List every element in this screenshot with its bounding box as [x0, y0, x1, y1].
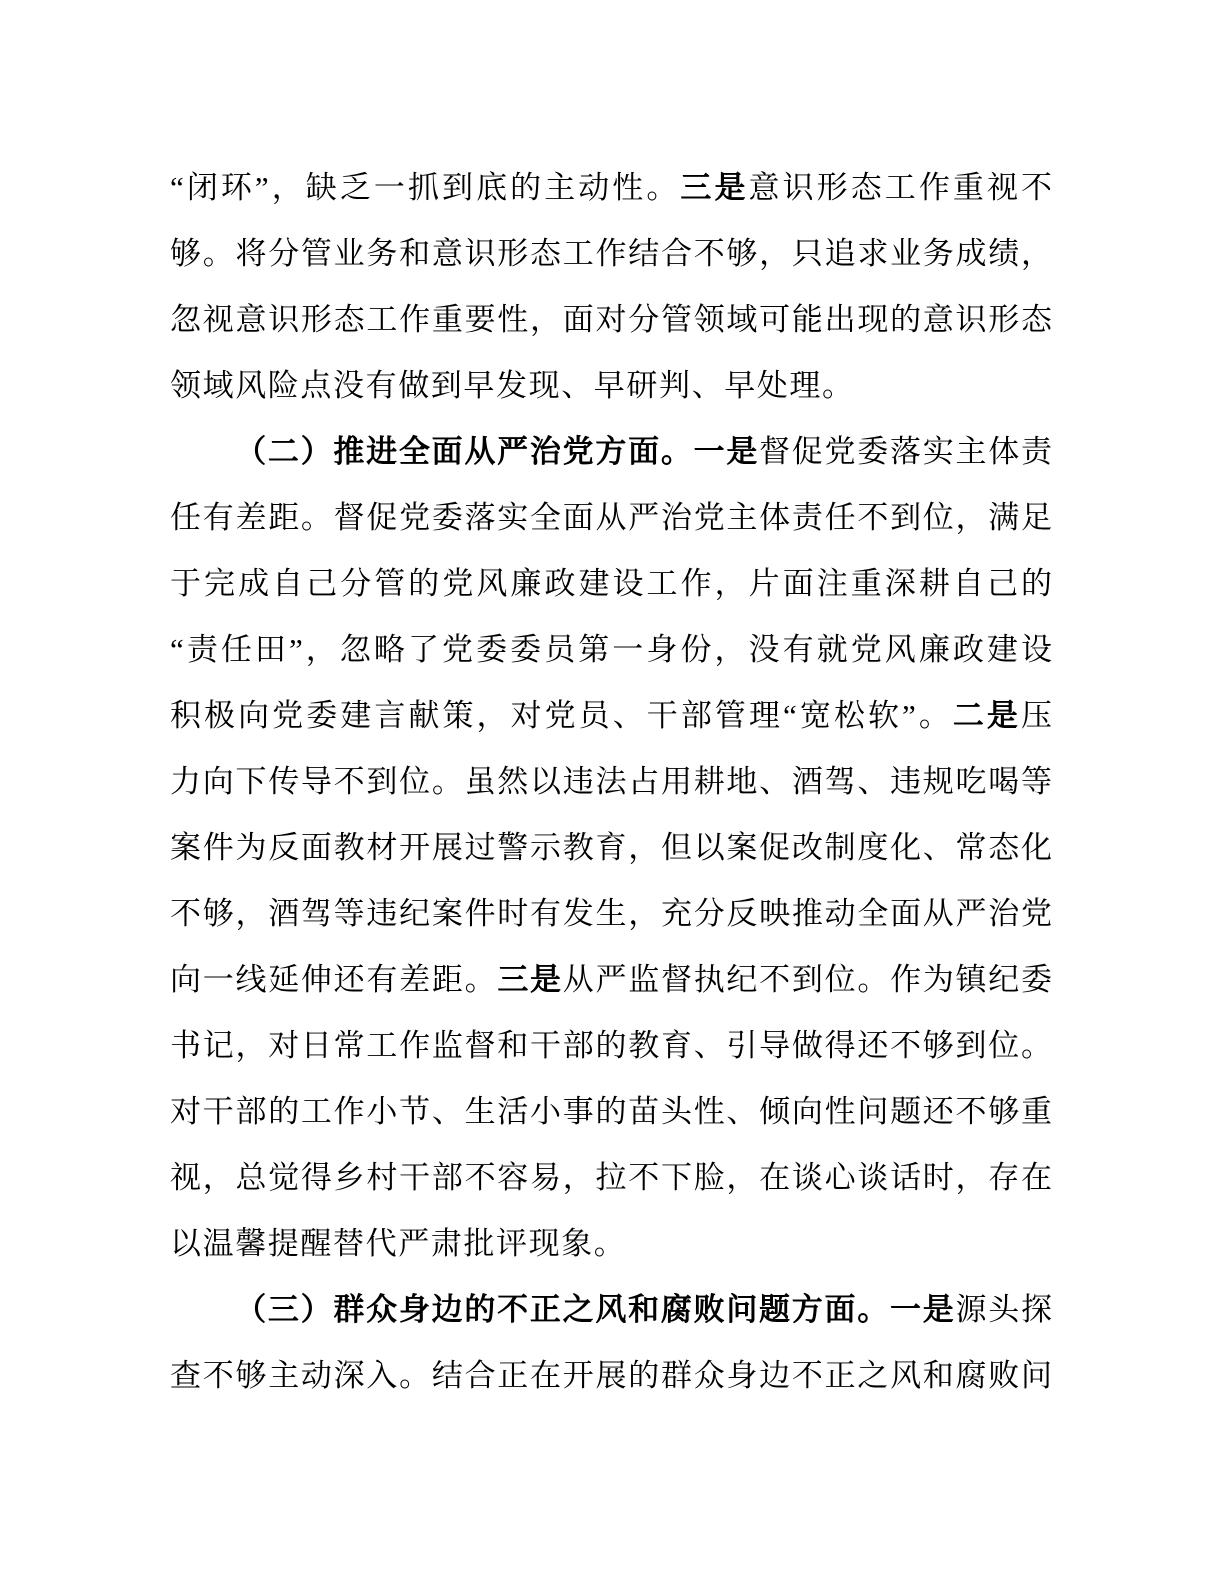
text-line: 领域风险点没有做到早发现、早研判、早处理。 [170, 353, 1052, 419]
text-segment: 从严监督执纪不到位。作为镇纪委 [563, 962, 1052, 997]
text-line: 积极向党委建言献策，对党员、干部管理“宽松软”。二是压 [170, 683, 1052, 749]
text-line: 不够，酒驾等违纪案件时有发生，充分反映推动全面从严治党 [170, 881, 1052, 947]
text-segment: 意识形态工作重视不 [749, 170, 1052, 205]
text-line: 力向下传导不到位。虽然以违法占用耕地、酒驾、违规吃喝等 [170, 749, 1052, 815]
text-segment: 对干部的工作小节、生活小事的苗头性、倾向性问题还不够重 [170, 1094, 1052, 1129]
text-segment: 书记，对日常工作监督和干部的教育、引导做得还不够到位。 [170, 1028, 1052, 1063]
bold-text-segment: （三）群众身边的不正之风和腐败问题方面。 [235, 1292, 890, 1327]
text-segment: 任有差距。督促党委落实全面从严治党主体责任不到位，满足 [170, 500, 1052, 535]
text-segment: 不够，酒驾等违纪案件时有发生，充分反映推动全面从严治党 [170, 896, 1052, 931]
bold-text-segment: 三是 [680, 170, 748, 205]
bold-text-segment: 一是 [694, 434, 759, 469]
bold-text-segment: 一是 [890, 1292, 955, 1327]
text-segment: 案件为反面教材开展过警示教育，但以案促改制度化、常态化 [170, 830, 1052, 865]
document-text-block: “闭环”，缺乏一抓到底的主动性。三是意识形态工作重视不够。将分管业务和意识形态工… [170, 155, 1052, 1409]
text-line: 够。将分管业务和意识形态工作结合不够，只追求业务成绩， [170, 221, 1052, 287]
text-line: 于完成自己分管的党风廉政建设工作，片面注重深耕自己的 [170, 551, 1052, 617]
text-line: 查不够主动深入。结合正在开展的群众身边不正之风和腐败问 [170, 1343, 1052, 1409]
text-line: （二）推进全面从严治党方面。一是督促党委落实主体责 [170, 419, 1052, 485]
text-line: （三）群众身边的不正之风和腐败问题方面。一是源头探 [170, 1277, 1052, 1343]
text-segment: 源头探 [956, 1292, 1052, 1327]
document-page: “闭环”，缺乏一抓到底的主动性。三是意识形态工作重视不够。将分管业务和意识形态工… [0, 0, 1224, 1584]
text-segment: “闭环”，缺乏一抓到底的主动性。 [170, 170, 680, 205]
text-segment: 忽视意识形态工作重要性，面对分管领域可能出现的意识形态 [170, 302, 1052, 337]
text-segment: “责任田”，忽略了党委委员第一身份，没有就党风廉政建设 [170, 632, 1052, 667]
text-line: 以温馨提醒替代严肃批评现象。 [170, 1211, 1052, 1277]
text-segment: 查不够主动深入。结合正在开展的群众身边不正之风和腐败问 [170, 1358, 1052, 1393]
text-segment: 以温馨提醒替代严肃批评现象。 [170, 1226, 626, 1261]
paragraph-ideology-work: “闭环”，缺乏一抓到底的主动性。三是意识形态工作重视不够。将分管业务和意识形态工… [170, 155, 1052, 419]
text-segment: 压 [1021, 698, 1052, 733]
text-segment: 督促党委落实主体责 [759, 434, 1052, 469]
text-line: 视，总觉得乡村干部不容易，拉不下脸，在谈心谈话时，存在 [170, 1145, 1052, 1211]
text-line: 对干部的工作小节、生活小事的苗头性、倾向性问题还不够重 [170, 1079, 1052, 1145]
bold-text-segment: 二是 [953, 698, 1021, 733]
text-line: 向一线延伸还有差距。三是从严监督执纪不到位。作为镇纪委 [170, 947, 1052, 1013]
text-line: “闭环”，缺乏一抓到底的主动性。三是意识形态工作重视不 [170, 155, 1052, 221]
text-segment: 积极向党委建言献策，对党员、干部管理“宽松软”。 [170, 698, 953, 733]
paragraph-2-strict-party-governance: （二）推进全面从严治党方面。一是督促党委落实主体责任有差距。督促党委落实全面从严… [170, 419, 1052, 1277]
text-line: 案件为反面教材开展过警示教育，但以案促改制度化、常态化 [170, 815, 1052, 881]
text-segment: 视，总觉得乡村干部不容易，拉不下脸，在谈心谈话时，存在 [170, 1160, 1052, 1195]
text-segment: 够。将分管业务和意识形态工作结合不够，只追求业务成绩， [170, 236, 1052, 271]
text-line: 书记，对日常工作监督和干部的教育、引导做得还不够到位。 [170, 1013, 1052, 1079]
text-segment: 向一线延伸还有差距。 [170, 962, 497, 997]
text-line: 任有差距。督促党委落实全面从严治党主体责任不到位，满足 [170, 485, 1052, 551]
text-segment: 领域风险点没有做到早发现、早研判、早处理。 [170, 368, 855, 403]
text-segment: 力向下传导不到位。虽然以违法占用耕地、酒驾、违规吃喝等 [170, 764, 1052, 799]
paragraph-3-misconduct-corruption: （三）群众身边的不正之风和腐败问题方面。一是源头探查不够主动深入。结合正在开展的… [170, 1277, 1052, 1409]
text-line: “责任田”，忽略了党委委员第一身份，没有就党风廉政建设 [170, 617, 1052, 683]
text-segment: 于完成自己分管的党风廉政建设工作，片面注重深耕自己的 [170, 566, 1052, 601]
bold-text-segment: 三是 [497, 962, 562, 997]
bold-text-segment: （二）推进全面从严治党方面。 [235, 434, 693, 469]
text-line: 忽视意识形态工作重要性，面对分管领域可能出现的意识形态 [170, 287, 1052, 353]
